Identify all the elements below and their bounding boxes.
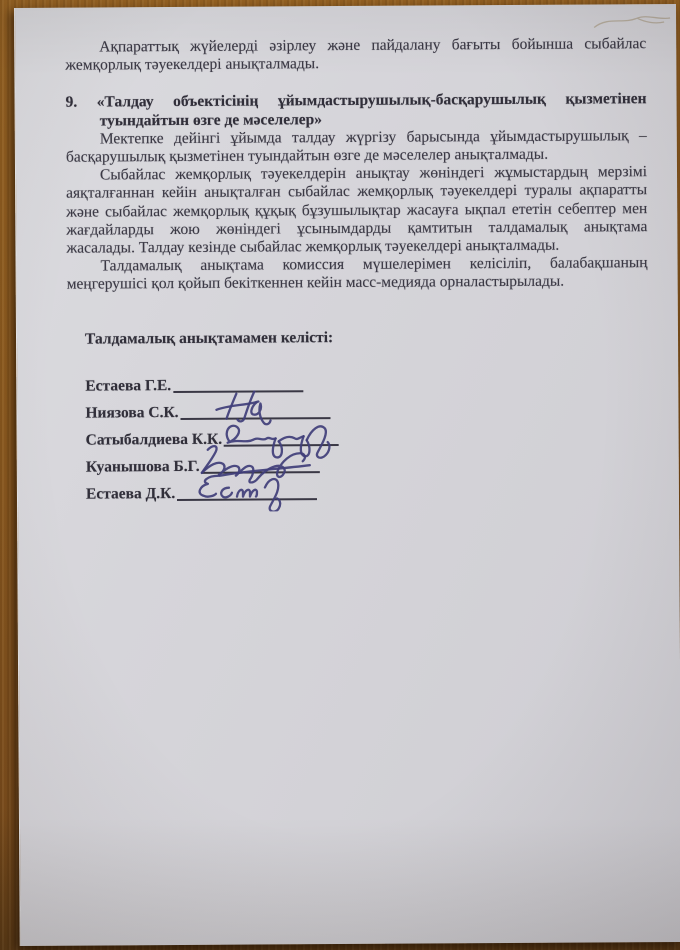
paragraph: Сыбайлас жемқорлық тәуекелдерін анықтау … (66, 163, 648, 258)
signatory-row: Сатыбалдиева К.К. (86, 423, 648, 453)
section-heading: 9. «Талдау объектісінің ұйымдастырушылық… (66, 91, 647, 131)
signature-line (180, 401, 330, 420)
signature-line (201, 455, 319, 474)
paper-crease-mark (590, 7, 678, 38)
signatory-name: Естаева Д.К. (86, 485, 175, 503)
text-line: 9. «Талдау объектісінің ұйымдастырушылық… (66, 91, 647, 113)
paragraph: Ақпараттық жүйелерді әзірлеу және пайдал… (65, 35, 646, 75)
paragraph: Мектепке дейінгі ұйымда талдау жүргізу б… (66, 127, 647, 167)
paragraph: Талдамалық анықтама комиссия мүшелерімен… (67, 254, 648, 294)
signatory-row: Куанышова Б.Г. (86, 450, 648, 480)
text-line: меңгерушісі қол қойып бекіткеннен кейін … (67, 273, 648, 295)
signature-line (224, 428, 339, 447)
signatory-name: Естаева Г.Е. (85, 377, 171, 395)
signatory-row: Ниязова С.К. (85, 396, 647, 426)
text-line: Ақпараттық жүйелерді әзірлеу және пайдал… (65, 35, 646, 57)
text-line: жағдайларды жою жөніндегі ұсынымдарды қа… (66, 218, 647, 240)
text-line: жемқорлық тәуекелдері анықталмады. (65, 53, 646, 75)
signatory-row: Естаева Г.Е. (85, 369, 647, 399)
table-surface: Ақпараттық жүйелерді әзірлеу және пайдал… (0, 0, 680, 950)
signatory-name: Ниязова С.К. (85, 404, 178, 422)
signature-block: Естаева Г.Е.Ниязова С.К.Сатыбалдиева К.К… (85, 369, 648, 507)
document-text: Ақпараттық жүйелерді әзірлеу және пайдал… (65, 35, 648, 294)
document-page: Ақпараттық жүйелерді әзірлеу және пайдал… (14, 4, 680, 946)
signatory-name: Куанышова Б.Г. (86, 458, 200, 476)
signatory-name: Сатыбалдиева К.К. (86, 431, 223, 449)
signature-line (173, 374, 303, 393)
signature-line (177, 482, 317, 501)
text-line: Мектепке дейінгі ұйымда талдау жүргізу б… (66, 127, 647, 149)
signatory-row: Естаева Д.К. (86, 477, 648, 507)
agreement-heading: Талдамалық анықтамамен келісті: (85, 327, 648, 349)
